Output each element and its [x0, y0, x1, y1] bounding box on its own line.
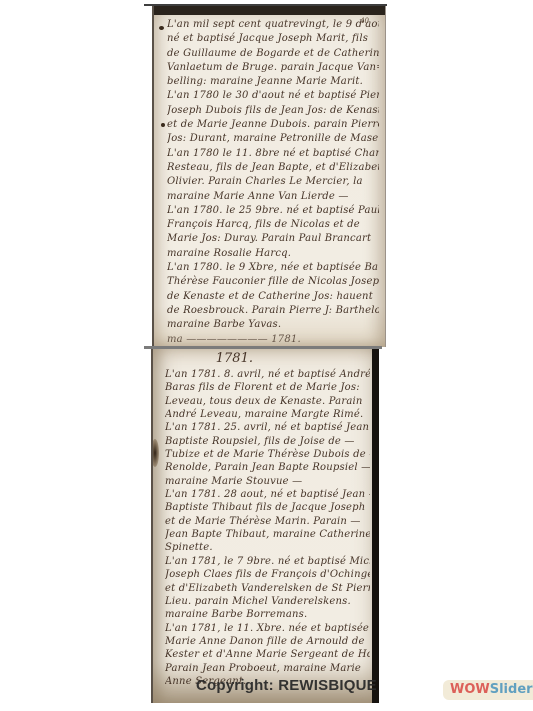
- manuscript-line: Tubize et de Marie Thérèse Dubois de —: [165, 448, 370, 461]
- manuscript-line: L'an 1780. le 25 9bre. né et baptisé Pau…: [167, 204, 379, 218]
- ink-speck: [159, 26, 164, 30]
- wowslider-badge[interactable]: WOWSlider: [443, 680, 533, 700]
- manuscript-line: L'an 1780 le 11. 8bre né et baptisé Char…: [167, 147, 379, 161]
- manuscript-line: L'an 1780 le 30 d'aout né et baptisé Pie…: [167, 89, 379, 103]
- manuscript-line: L'an 1780. le 9 Xbre, née et baptisée Ba…: [167, 261, 379, 275]
- year-heading: 1781.: [153, 351, 316, 366]
- manuscript-line: Renolde, Parain Jean Bapte Roupsiel —: [165, 461, 370, 474]
- manuscript-line: Parain Jean Proboeut, maraine Marie: [165, 662, 370, 675]
- manuscript-line: Lieu. parain Michel Vanderelskens.: [165, 595, 370, 608]
- register-page-1780: 40 L'an mil sept cent quatrevingt, le 9 …: [152, 6, 386, 347]
- manuscript-line: et d'Elizabeth Vanderelsken de St Pierre…: [165, 582, 370, 595]
- manuscript-line: Baras fils de Florent et de Marie Jos:: [165, 381, 370, 394]
- manuscript-line: L'an 1781. 28 aout, né et baptisé Jean —: [165, 488, 370, 501]
- wowslider-badge-slider: Slider: [490, 682, 533, 697]
- manuscript-line: L'an 1781. 25. avril, né et baptisé Jean…: [165, 421, 370, 434]
- wowslider-badge-wow: WOW: [450, 682, 490, 697]
- manuscript-line: L'an 1781, le 7 9bre. né et baptisé Mich…: [165, 555, 370, 568]
- binding-edge: [154, 6, 385, 15]
- manuscript-line: et de Marie Thérèse Marin. Parain —: [165, 515, 370, 528]
- manuscript-line: Kester et d'Anne Marie Sergeant de Hogar…: [165, 648, 370, 661]
- manuscript-line: François Harcq, fils de Nicolas et de: [167, 218, 379, 232]
- manuscript-line: Marie Anne Danon fille de Arnould de: [165, 635, 370, 648]
- slider-slide: 40 L'an mil sept cent quatrevingt, le 9 …: [0, 0, 533, 711]
- manuscript-line: maraine Marie Anne Van Lierde —: [167, 190, 379, 204]
- manuscript-line: Olivier. Parain Charles Le Mercier, la: [167, 175, 379, 189]
- manuscript-line: Jos: Durant, maraine Petronille de Maseu…: [167, 132, 379, 146]
- ink-speck: [161, 123, 165, 127]
- manuscript-line: maraine Barbe Yavas.: [167, 318, 379, 332]
- manuscript-line: Thérèse Fauconier fille de Nicolas Josep…: [167, 275, 379, 289]
- manuscript-line: Baptiste Roupsiel, fils de Joise de —: [165, 435, 370, 448]
- manuscript-line: maraine Barbe Borremans.: [165, 608, 370, 621]
- ink-smudge: [151, 439, 159, 467]
- manuscript-line: Joseph Claes fils de François d'Ochingen: [165, 568, 370, 581]
- manuscript-line: de Roesbrouck. Parain Pierre J: Barthelo…: [167, 304, 379, 318]
- manuscript-line: né et baptisé Jacque Joseph Marit, fils: [167, 32, 379, 46]
- manuscript-line: L'an 1781, le 11. Xbre. née et baptisée: [165, 622, 370, 635]
- manuscript-line: Jean Bapte Thibaut, maraine Catherine: [165, 528, 370, 541]
- manuscript-line: André Leveau, maraine Margte Rimé.: [165, 408, 370, 421]
- manuscript-text-1781: L'an 1781. 8. avril, né et baptisé André…: [165, 368, 370, 703]
- manuscript-line: Baptiste Thibaut fils de Jacque Joseph: [165, 501, 370, 514]
- manuscript-line: maraine Rosalie Harcq.: [167, 247, 379, 261]
- register-page-1781: 1781. L'an 1781. 8. avril, né et baptisé…: [151, 349, 379, 703]
- manuscript-line: maraine Marie Stouvue —: [165, 475, 370, 488]
- manuscript-text-1780: L'an mil sept cent quatrevingt, le 9 d'a…: [167, 18, 379, 347]
- manuscript-line: Joseph Dubois fils de Jean Jos: de Kenas…: [167, 104, 379, 118]
- copyright-watermark: Copyright: REWISBIQUE: [196, 677, 377, 694]
- manuscript-line: Vanlaetum de Bruge. parain Jacque Van=: [167, 61, 379, 75]
- manuscript-line-cut: ma ———————— 1781.: [167, 333, 379, 347]
- manuscript-line: belling: maraine Jeanne Marie Marit.: [167, 75, 379, 89]
- manuscript-line: L'an mil sept cent quatrevingt, le 9 d'a…: [167, 18, 379, 32]
- manuscript-line: Resteau, fils de Jean Bapte, et d'Elizab…: [167, 161, 379, 175]
- manuscript-line: Spinette.: [165, 541, 370, 554]
- manuscript-line: Leveau, tous deux de Kenaste. Parain: [165, 395, 370, 408]
- manuscript-line: Marie Jos: Duray. Parain Paul Brancart: [167, 232, 379, 246]
- manuscript-line: et de Marie Jeanne Dubois. parain Pierre: [167, 118, 379, 132]
- manuscript-line: L'an 1781. 8. avril, né et baptisé André…: [165, 368, 370, 381]
- manuscript-line: de Guillaume de Bogarde et de Catherine: [167, 47, 379, 61]
- manuscript-line: de Kenaste et de Catherine Jos: hauent: [167, 290, 379, 304]
- gutter-shadow: [372, 349, 379, 703]
